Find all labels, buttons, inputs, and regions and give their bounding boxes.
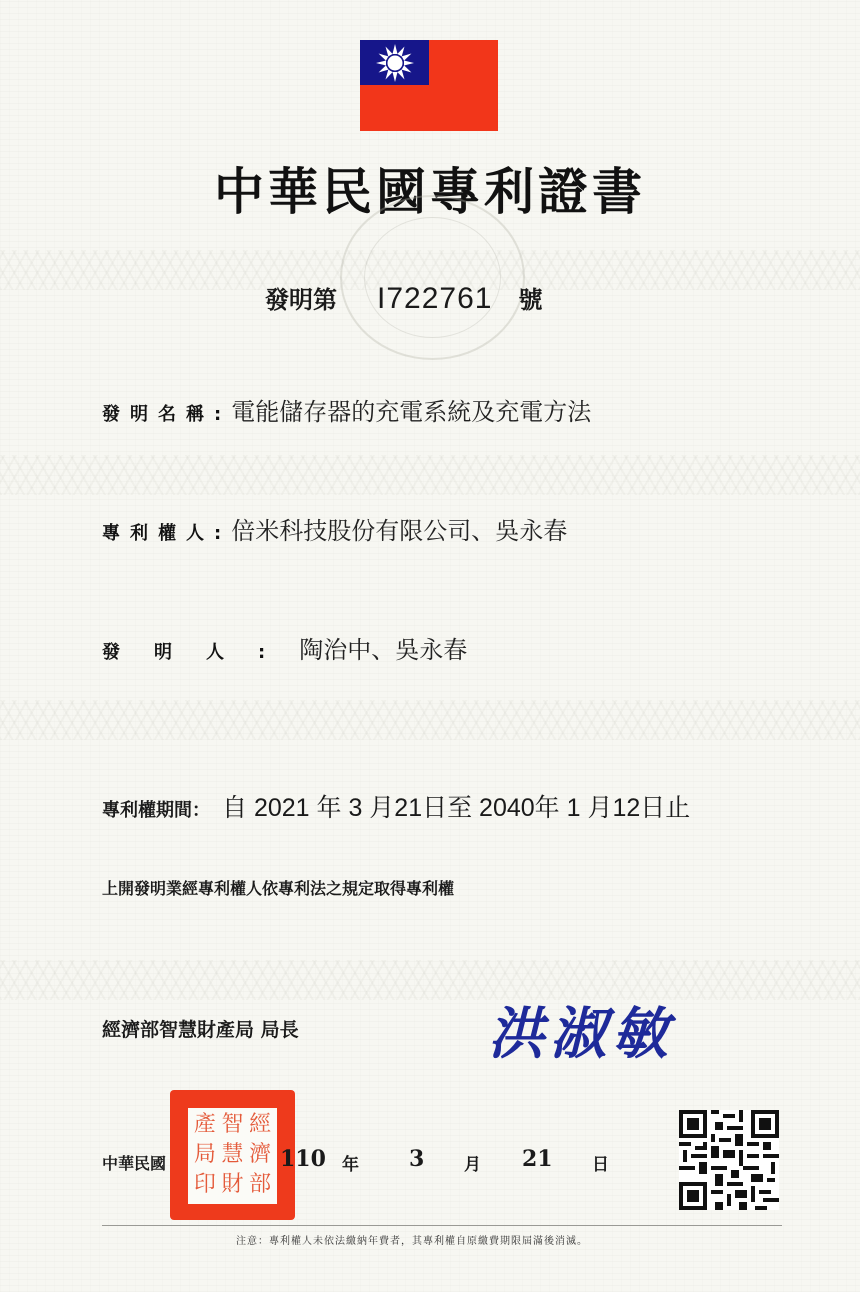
patent-number-prefix: 發明第	[265, 280, 337, 315]
roc-flag-icon	[360, 40, 498, 131]
embossed-seal	[340, 195, 525, 360]
director-title: 經濟部智慧財產局 局長	[102, 1015, 299, 1042]
flag-canton	[360, 40, 429, 85]
grant-statement: 上開發明業經專利權人依專利法之規定取得專利權	[102, 876, 454, 899]
issue-date-year-label: 年	[342, 1150, 359, 1175]
patentee-label: 專利權人:	[102, 519, 231, 545]
issue-date-month: 3	[409, 1146, 424, 1172]
invention-title-row: 發明名稱: 電能儲存器的充電系統及充電方法	[102, 392, 591, 427]
issue-date-day-label: 日	[592, 1150, 609, 1175]
security-pattern-band	[0, 700, 860, 740]
security-pattern-band	[0, 960, 860, 1000]
director-signature: 洪淑敏	[488, 990, 674, 1070]
qr-code-icon	[679, 1110, 779, 1210]
patentee-value: 倍米科技股份有限公司、吳永春	[231, 511, 567, 546]
issue-date-day: 21	[522, 1146, 553, 1172]
inventor-label: 發明人:	[102, 638, 299, 664]
issue-date-row: 中華民國 110 年 3 月 21 日	[102, 1148, 622, 1178]
seal-char: 產	[191, 1111, 219, 1141]
patent-term-row: 專利權期間： 自 2021 年 3 月21日至 2040年 1 月12日止	[102, 788, 690, 824]
fee-notice: 注意：專利權人未依法繳納年費者，其專利權自原繳費期限屆滿後消滅。	[236, 1232, 588, 1247]
certificate-paper: 中華民國專利證書 發明第 I722761 號 發明名稱: 電能儲存器的充電系統及…	[0, 0, 860, 1292]
seal-char: 智	[219, 1111, 247, 1141]
patent-number-suffix: 號	[518, 280, 542, 315]
patent-number-value: I722761	[377, 282, 492, 316]
seal-char: 經	[246, 1111, 274, 1141]
issue-date-month-label: 月	[464, 1150, 481, 1175]
footer-divider	[102, 1225, 782, 1226]
inventor-row: 發明人: 陶治中、吳永春	[102, 630, 467, 665]
patent-term-label: 專利權期間：	[102, 796, 210, 822]
issue-date-year: 110	[280, 1146, 326, 1172]
security-pattern-band	[0, 455, 860, 495]
white-sun-icon	[374, 42, 416, 84]
inventor-value: 陶治中、吳永春	[299, 630, 467, 665]
invention-title-label: 發明名稱:	[102, 400, 231, 426]
patent-number: 發明第 I722761 號	[265, 280, 595, 316]
invention-title-value: 電能儲存器的充電系統及充電方法	[231, 392, 591, 427]
issue-date-era: 中華民國	[102, 1151, 166, 1174]
patent-term-value: 自 2021 年 3 月21日至 2040年 1 月12日止	[222, 788, 690, 824]
patentee-row: 專利權人: 倍米科技股份有限公司、吳永春	[102, 511, 567, 546]
